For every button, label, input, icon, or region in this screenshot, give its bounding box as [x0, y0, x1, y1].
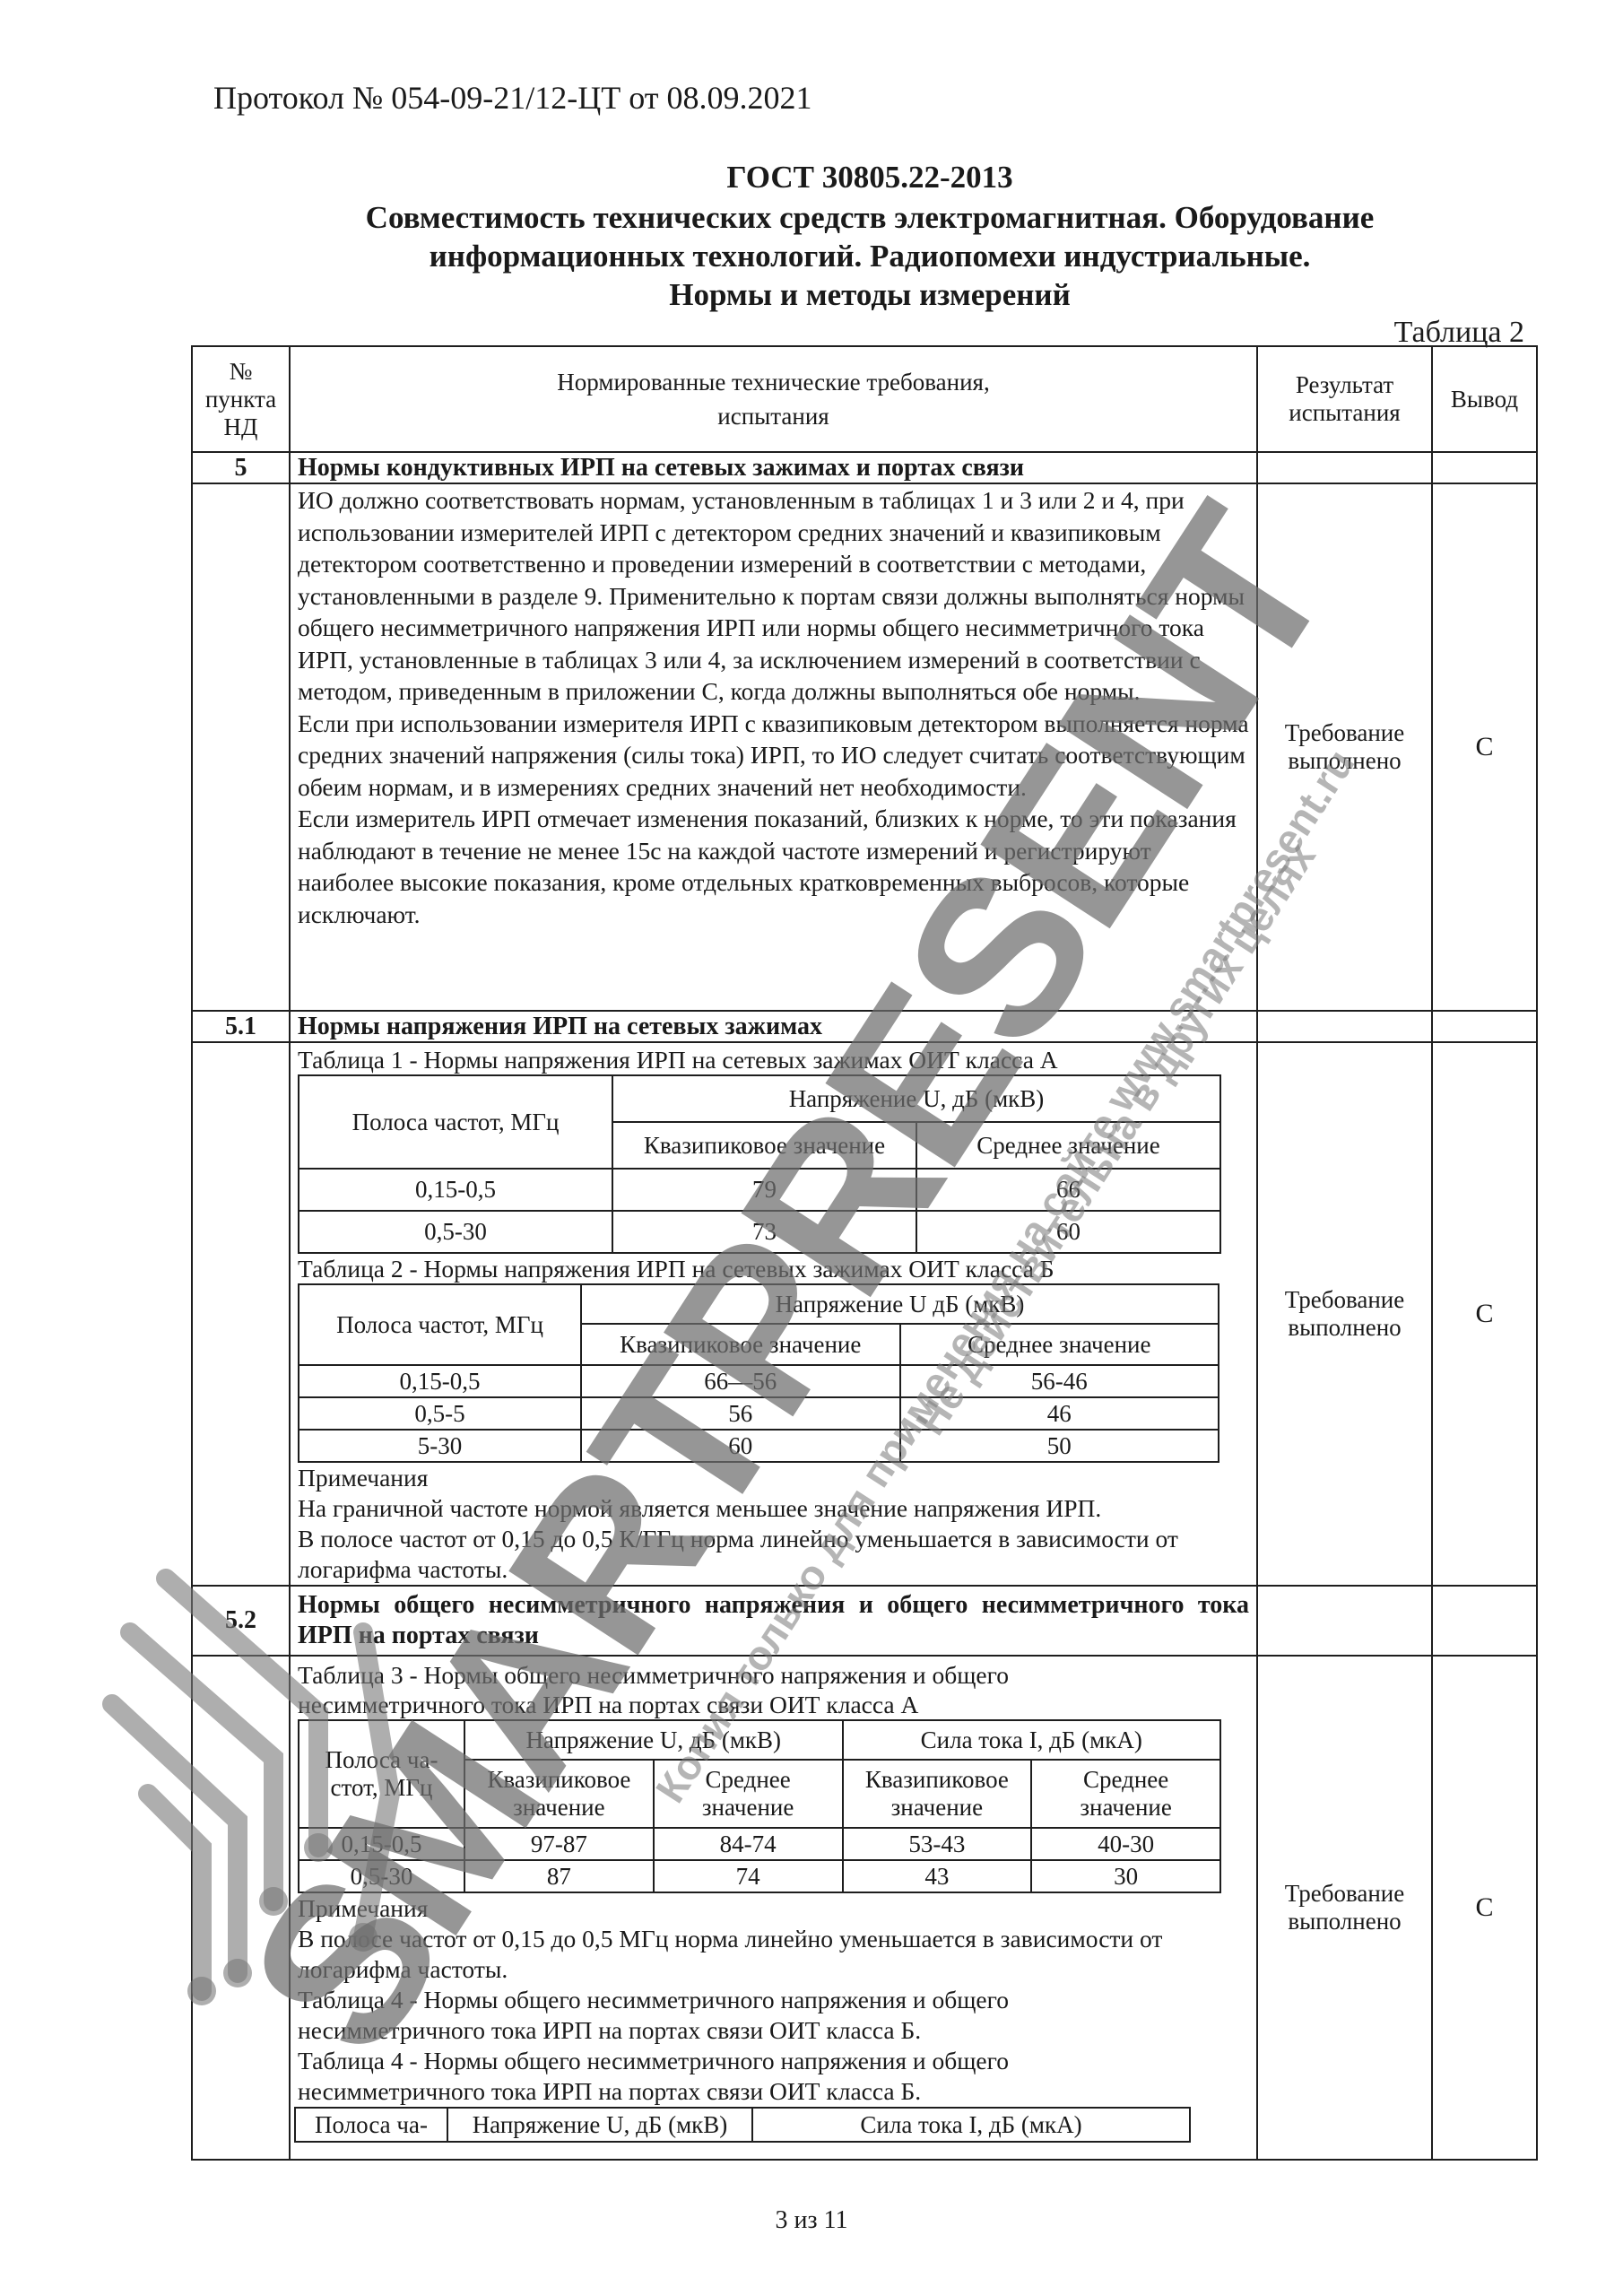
header-verdict: Вывод: [1432, 346, 1537, 452]
content-row-5-1: Таблица 1 - Нормы напряжения ИРП на сете…: [192, 1042, 1537, 1586]
cell: 79: [612, 1169, 916, 1211]
empty-cell: [1257, 1011, 1432, 1042]
table1: Полоса частот, МГц Напряжение U, дБ (мкВ…: [298, 1074, 1221, 1254]
section-num: 5: [192, 452, 290, 483]
empty-cell: [1257, 1586, 1432, 1656]
header-num-line: пункта: [200, 386, 282, 413]
cell: 30: [1031, 1860, 1220, 1892]
table3-col-i-qp: Квазипиковое значение: [843, 1760, 1032, 1828]
cell: 0,5-5: [299, 1397, 581, 1430]
result-cell: Требование выполнено: [1257, 483, 1432, 1011]
result-cell: Требование выполнено: [1257, 1042, 1432, 1586]
table3-col-i-avg: Среднее значение: [1031, 1760, 1220, 1828]
table4-caption-repeat: Таблица 4 - Нормы общего несимметричного…: [298, 2046, 1105, 2107]
title-line-1: Совместимость технических средств электр…: [269, 198, 1471, 237]
result-line: Требование: [1265, 1880, 1424, 1908]
table3: Полоса ча-стот, МГц Напряжение U, дБ (мк…: [298, 1719, 1221, 1893]
cell: 56: [581, 1397, 900, 1430]
section-num: 5.1: [192, 1011, 290, 1042]
table2-col-group: Напряжение U дБ (мкВ): [581, 1284, 1219, 1324]
table-row: 0,15-0,5 66—56 56-46: [299, 1365, 1219, 1397]
table3-caption: Таблица 3 - Нормы общего несимметричного…: [298, 1660, 1105, 1719]
cell: 5-30: [299, 1430, 581, 1462]
verdict-cell: С: [1432, 1042, 1537, 1586]
table3-col-u-qp: Квазипиковое значение: [464, 1760, 654, 1828]
header-req-line: Нормированные технические требования,: [298, 365, 1249, 399]
notes-title: Примечания: [298, 1463, 1249, 1493]
title-line-2: информационных технологий. Радиопомехи и…: [269, 237, 1471, 275]
table-row: 0,15-0,5 79 66: [299, 1169, 1220, 1211]
result-cell: Требование выполнено: [1257, 1656, 1432, 2160]
cell: 50: [900, 1430, 1219, 1462]
result-line: Требование: [1265, 719, 1424, 747]
table2-col-qp: Квазипиковое значение: [581, 1324, 900, 1365]
table-row: 0,5-30 87 74 43 30: [299, 1860, 1220, 1892]
cell: 53-43: [843, 1828, 1032, 1860]
cell: 66—56: [581, 1365, 900, 1397]
section-title: Нормы напряжения ИРП на сетевых зажимах: [290, 1011, 1257, 1042]
table1-col-group-text: Напряжение U, дБ (мкВ): [789, 1085, 1045, 1112]
table-row: 0,5-5 56 46: [299, 1397, 1219, 1430]
empty-cell: [192, 1656, 290, 2160]
cell: 66: [916, 1169, 1220, 1211]
note: В полосе частот от 0,15 до 0,5 К/ГГц нор…: [298, 1524, 1249, 1585]
cell: 73: [612, 1211, 916, 1253]
cell: 60: [916, 1211, 1220, 1253]
empty-cell: [192, 483, 290, 1011]
empty-cell: [192, 1042, 290, 1586]
section-row-5: 5 Нормы кондуктивных ИРП на сетевых зажи…: [192, 452, 1537, 483]
header-req-line: испытания: [298, 399, 1249, 433]
note: В полосе частот от 0,15 до 0,5 МГц норма…: [298, 1924, 1249, 1985]
requirements-table: № пункта НД Нормированные технические тр…: [191, 345, 1538, 2161]
result-line: выполнено: [1265, 1314, 1424, 1342]
cell: 84-74: [654, 1828, 843, 1860]
cell: 0,5-30: [299, 1860, 464, 1892]
result-line: выполнено: [1265, 1908, 1424, 1935]
cell: 43: [843, 1860, 1032, 1892]
empty-cell: [1257, 452, 1432, 483]
table4-col-current: Сила тока I, дБ (мкА): [752, 2108, 1190, 2142]
paragraph: Если измеритель ИРП отмечает изменения п…: [298, 803, 1249, 930]
table1-col-group: Напряжение U, дБ (мкВ): [612, 1075, 1220, 1122]
section-num: 5.2: [192, 1586, 290, 1656]
title-line-3: Нормы и методы измерений: [269, 275, 1471, 314]
header-num-line: №: [200, 358, 282, 386]
table1-caption: Таблица 1 - Нормы напряжения ИРП на сете…: [298, 1045, 1249, 1074]
table-header-row: № пункта НД Нормированные технические тр…: [192, 346, 1537, 452]
cell: 97-87: [464, 1828, 654, 1860]
content-row-5: ИО должно соответствовать нормам, устано…: [192, 483, 1537, 1011]
table-row: 0,5-30 73 60: [299, 1211, 1220, 1253]
table3-col-freq: Полоса ча-стот, МГц: [299, 1720, 464, 1828]
document-title: ГОСТ 30805.22-2013 Совместимость техниче…: [269, 158, 1471, 314]
cell: 40-30: [1031, 1828, 1220, 1860]
paragraph: Если при использовании измерителя ИРП с …: [298, 708, 1249, 804]
cell: 87: [464, 1860, 654, 1892]
cell: 0,5-30: [299, 1211, 612, 1253]
header-result-line: Результат: [1265, 371, 1424, 399]
protocol-number: Протокол № 054-09-21/12-ЦТ от 08.09.2021: [213, 79, 812, 117]
section-title: Нормы общего несимметричного напряжения …: [290, 1586, 1257, 1656]
table2: Полоса частот, МГц Напряжение U дБ (мкВ)…: [298, 1283, 1219, 1463]
table4-caption: Таблица 4 - Нормы общего несимметричного…: [298, 1985, 1105, 2046]
result-line: Требование: [1265, 1286, 1424, 1314]
section-5-1-content: Таблица 1 - Нормы напряжения ИРП на сете…: [290, 1042, 1257, 1586]
empty-cell: [1432, 1011, 1537, 1042]
table1-col-qp: Квазипиковое значение: [612, 1122, 916, 1169]
section-5-2-content: Таблица 3 - Нормы общего несимметричного…: [290, 1656, 1257, 2160]
cell: 46: [900, 1397, 1219, 1430]
table1-col-freq: Полоса частот, МГц: [299, 1075, 612, 1169]
header-num: № пункта НД: [192, 346, 290, 452]
table4-col-voltage: Напряжение U, дБ (мкВ): [447, 2108, 752, 2142]
content-row-5-2: Таблица 3 - Нормы общего несимметричного…: [192, 1656, 1537, 2160]
header-num-line: НД: [200, 413, 282, 441]
cell: 0,15-0,5: [299, 1365, 581, 1397]
standard-number: ГОСТ 30805.22-2013: [269, 158, 1471, 196]
verdict-cell: С: [1432, 1656, 1537, 2160]
paragraph: ИО должно соответствовать нормам, устано…: [298, 484, 1249, 708]
header-result-line: испытания: [1265, 399, 1424, 427]
table-row: 5-30 60 50: [299, 1430, 1219, 1462]
result-line: выполнено: [1265, 747, 1424, 775]
cell: 60: [581, 1430, 900, 1462]
table4-col-freq: Полоса ча-: [295, 2108, 447, 2142]
table3-col-u-avg: Среднее значение: [654, 1760, 843, 1828]
table4: Полоса ча- Напряжение U, дБ (мкВ) Сила т…: [294, 2107, 1191, 2143]
table-row: 0,15-0,5 97-87 84-74 53-43 40-30: [299, 1828, 1220, 1860]
section-title: Нормы кондуктивных ИРП на сетевых зажима…: [290, 452, 1257, 483]
cell: 0,15-0,5: [299, 1169, 612, 1211]
empty-cell: [1432, 452, 1537, 483]
section-row-5-2: 5.2 Нормы общего несимметричного напряже…: [192, 1586, 1537, 1656]
table3-col-current: Сила тока I, дБ (мкА): [843, 1720, 1221, 1760]
table2-col-avg: Среднее значение: [900, 1324, 1219, 1365]
table2-caption: Таблица 2 - Нормы напряжения ИРП на сете…: [298, 1254, 1249, 1283]
notes-title: Примечания: [298, 1893, 1249, 1924]
cell: 74: [654, 1860, 843, 1892]
section-5-text: ИО должно соответствовать нормам, устано…: [290, 483, 1257, 1011]
table1-col-avg: Среднее значение: [916, 1122, 1220, 1169]
table2-col-freq: Полоса частот, МГц: [299, 1284, 581, 1365]
cell: 56-46: [900, 1365, 1219, 1397]
header-requirements: Нормированные технические требования, ис…: [290, 346, 1257, 452]
empty-cell: [1432, 1586, 1537, 1656]
verdict-cell: С: [1432, 483, 1537, 1011]
header-result: Результат испытания: [1257, 346, 1432, 452]
note: На граничной частоте нормой является мен…: [298, 1493, 1249, 1524]
page-number: 3 из 11: [0, 2206, 1623, 2235]
section-row-5-1: 5.1 Нормы напряжения ИРП на сетевых зажи…: [192, 1011, 1537, 1042]
table3-col-voltage: Напряжение U, дБ (мкВ): [464, 1720, 843, 1760]
cell: 0,15-0,5: [299, 1828, 464, 1860]
